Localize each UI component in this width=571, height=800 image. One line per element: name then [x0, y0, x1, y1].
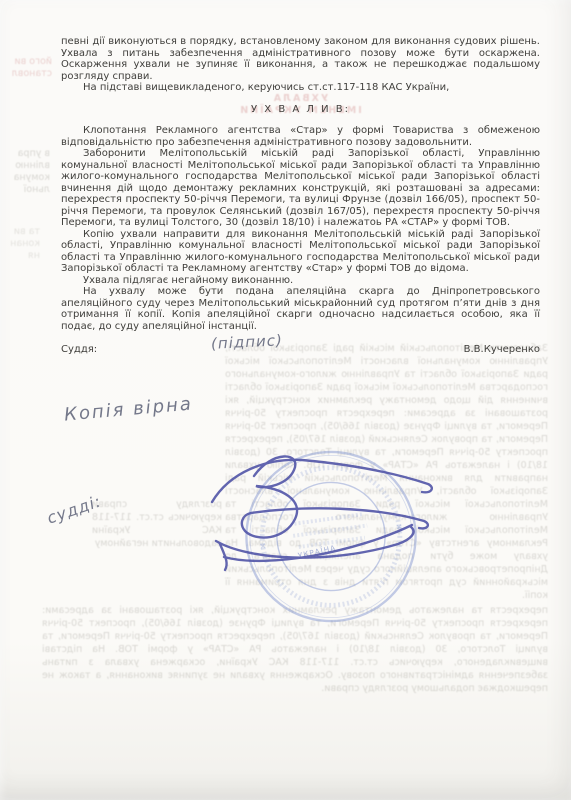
ruling-paragraph: Копію ухвали направити для виконання Мел… [61, 229, 540, 275]
judge-ink-signature [206, 444, 444, 582]
judge-label: Суддя: [61, 344, 97, 355]
ruling-paragraph: Заборонити Мелітопольській міській раді … [61, 148, 540, 229]
ruling-paragraph: На ухвалу може бути подана апеляційна ск… [61, 286, 540, 332]
document-paragraph: На підставі вищевикладеного, керуючись с… [61, 82, 540, 94]
ruling-paragraph: Клопотання Рекламного агентства «Стар» у… [61, 125, 540, 148]
document-body: певні дії виконуються в порядку, встанов… [61, 36, 540, 332]
ruling-heading: У Х В А Л И В: [61, 104, 540, 116]
document-paragraph: певні дії виконуються в порядку, встанов… [61, 36, 540, 82]
scanned-court-ruling-page: { "page": { "colors": { "paper": "#fbfaf… [0, 0, 571, 800]
judge-signature-row: Суддя: В.В.Кучеренко [61, 344, 540, 355]
judge-name: В.В.Кучеренко [464, 344, 540, 355]
ruling-paragraph: Ухвала підлягає негайному виконанню. [61, 275, 540, 287]
